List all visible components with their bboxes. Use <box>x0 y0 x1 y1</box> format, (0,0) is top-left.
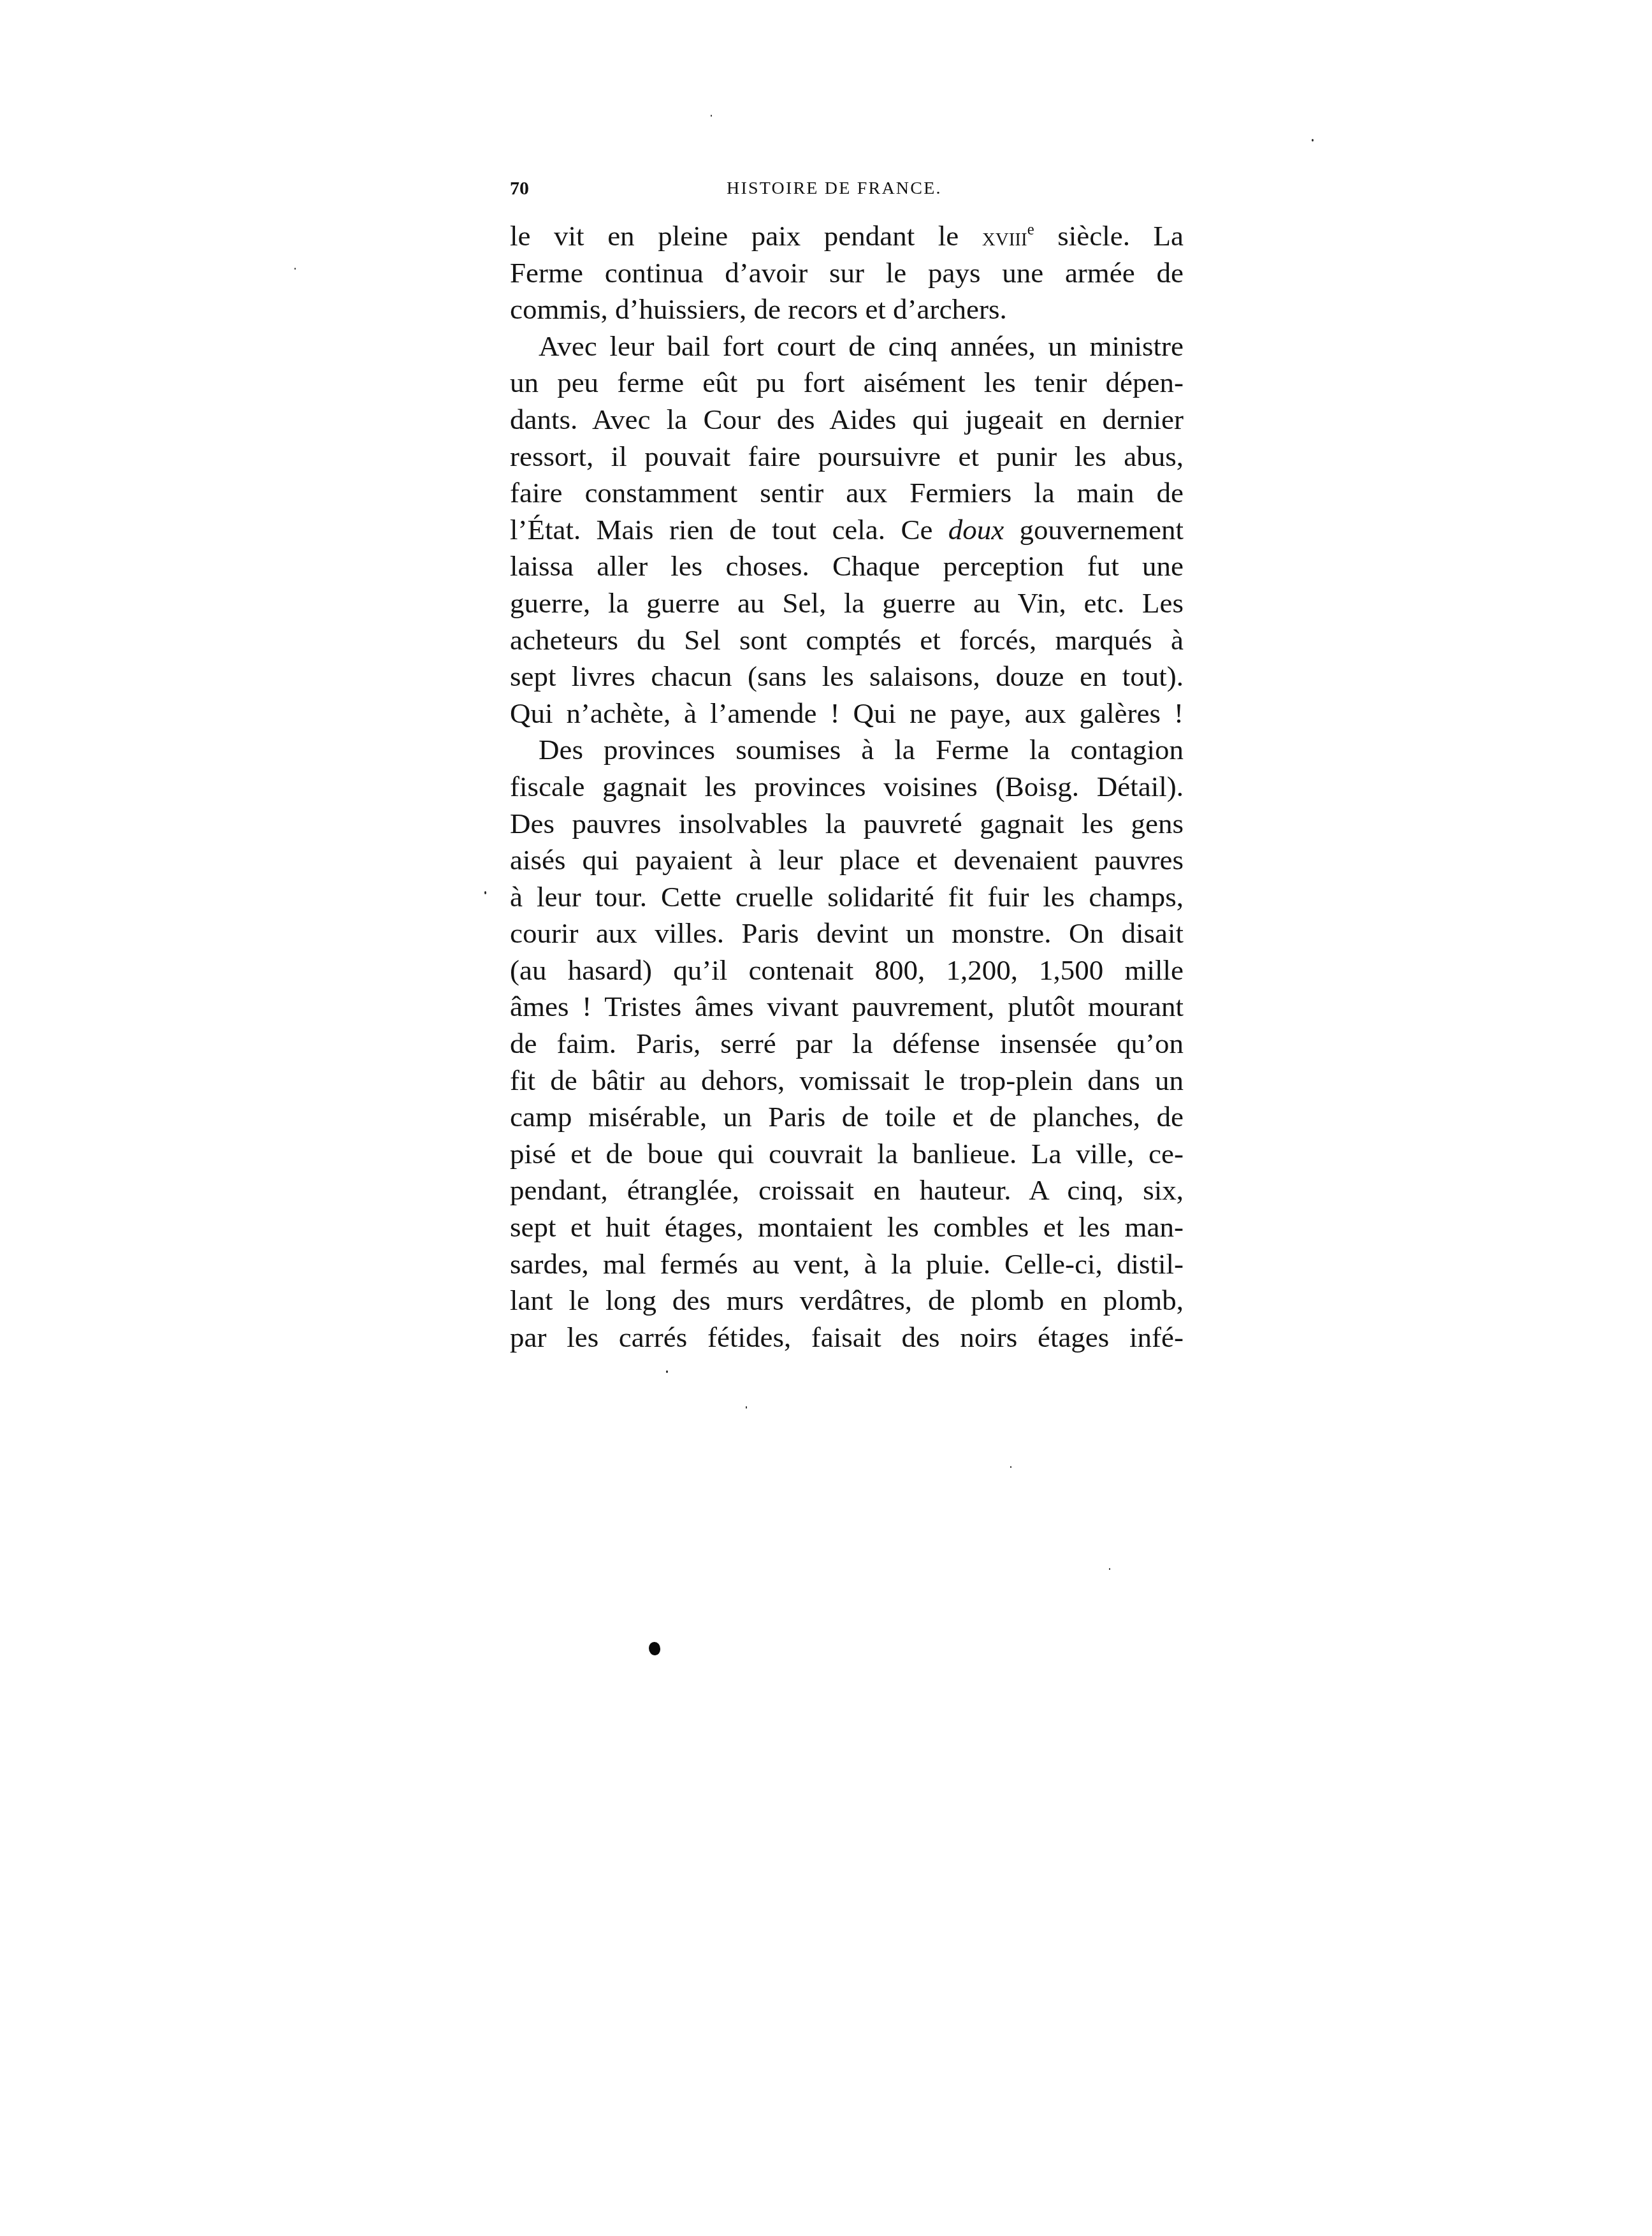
text-line: le vit en pleine paix pendant le xviiie … <box>510 218 1184 255</box>
text-line: aisés qui payaient à leur place et deven… <box>510 842 1184 879</box>
text-line: lant le long des murs verdâtres, de plom… <box>510 1282 1184 1319</box>
text-line: pisé et de boue qui couvrait la banlieue… <box>510 1136 1184 1173</box>
text-line: sardes, mal fermés au vent, à la pluie. … <box>510 1246 1184 1283</box>
text-line: pendant, étranglée, croissait en hauteur… <box>510 1172 1184 1209</box>
text-line: fiscale gagnait les provinces voisines (… <box>510 769 1184 806</box>
text-line: fit de bâtir au dehors, vomissait le tro… <box>510 1063 1184 1100</box>
scan-speck <box>746 1406 747 1409</box>
text-line: un peu ferme eût pu fort aisément les te… <box>510 365 1184 402</box>
text-line: laissa aller les choses. Chaque percepti… <box>510 548 1184 585</box>
text-line: courir aux villes. Paris devint un monst… <box>510 915 1184 952</box>
text-line: dants. Avec la Cour des Aides qui jugeai… <box>510 402 1184 439</box>
text-line: Avec leur bail fort court de cinq années… <box>510 328 1184 365</box>
superscript: e <box>1027 221 1034 238</box>
italic-word: doux <box>948 514 1004 546</box>
scan-speck <box>711 115 712 117</box>
text-line: Des pauvres insolvables la pauvreté gagn… <box>510 806 1184 843</box>
text-line: Qui n’achète, à l’amende ! Qui ne paye, … <box>510 695 1184 732</box>
page-number: 70 <box>510 177 529 200</box>
running-title: HISTOIRE DE FRANCE. <box>727 177 942 200</box>
scan-speck <box>1010 1466 1011 1468</box>
text-line: âmes ! Tristes âmes vivant pauvrement, p… <box>510 989 1184 1026</box>
text-line: Des provinces soumises à la Ferme la con… <box>510 732 1184 769</box>
running-head: 70 HISTOIRE DE FRANCE. <box>510 177 1184 200</box>
text-line: guerre, la guerre au Sel, la guerre au V… <box>510 585 1184 622</box>
text-line: ressort, il pouvait faire poursuivre et … <box>510 439 1184 476</box>
text-line: camp misérable, un Paris de toile et de … <box>510 1099 1184 1136</box>
scan-speck <box>484 891 486 894</box>
text-line: par les carrés fétides, faisait des noir… <box>510 1319 1184 1356</box>
text-line: acheteurs du Sel sont comptés et forcés,… <box>510 622 1184 659</box>
ink-blot <box>649 1642 660 1655</box>
body-text: le vit en pleine paix pendant le xviiie … <box>510 218 1184 1356</box>
text-line: commis, d’huissiers, de recors et d’arch… <box>510 291 1184 328</box>
small-caps-numeral: xviii <box>982 222 1027 251</box>
scan-speck <box>1312 139 1314 142</box>
scan-speck <box>294 268 296 270</box>
scan-speck <box>1109 1568 1110 1570</box>
text-line: l’État. Mais rien de tout cela. Ce doux … <box>510 512 1184 549</box>
text-line: à leur tour. Cette cruelle solidarité fi… <box>510 879 1184 916</box>
text-line: faire constamment sentir aux Fermiers la… <box>510 475 1184 512</box>
scanned-page: 70 HISTOIRE DE FRANCE. le vit en pleine … <box>0 0 1652 2236</box>
text-line: sept et huit étages, montaient les combl… <box>510 1209 1184 1246</box>
text-line: de faim. Paris, serré par la défense ins… <box>510 1026 1184 1063</box>
text-line: Ferme continua d’avoir sur le pays une a… <box>510 255 1184 292</box>
text-line: sept livres chacun (sans les salaisons, … <box>510 658 1184 695</box>
scan-speck <box>666 1370 668 1373</box>
text-line: (au hasard) qu’il contenait 800, 1,200, … <box>510 952 1184 989</box>
